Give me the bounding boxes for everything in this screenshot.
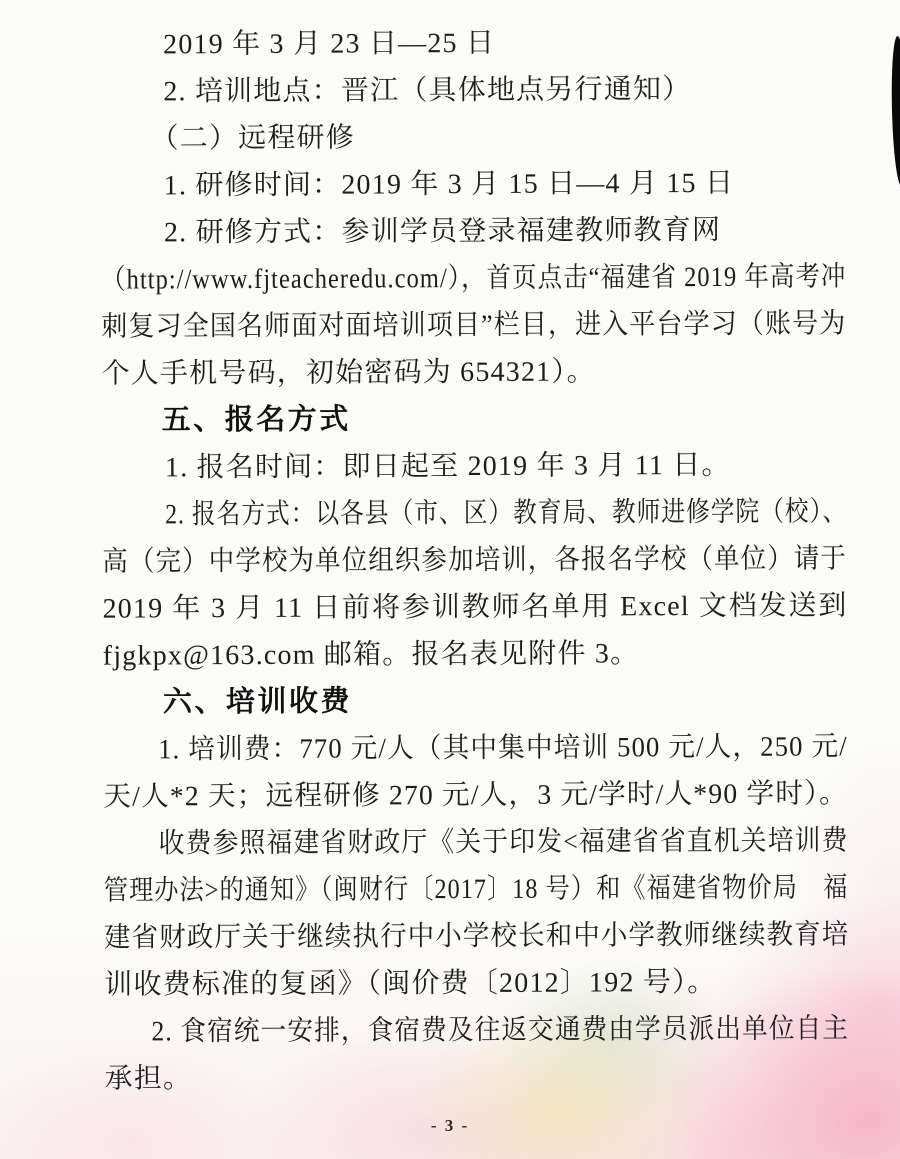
text-line: 1. 研修时间：2019 年 3 月 15 日—4 月 15 日 [164, 159, 846, 209]
section-heading: 六、培训收费 [163, 676, 848, 726]
text-line: fjgkpx@163.com 邮箱。报名表见附件 3。 [103, 629, 848, 679]
text-line: 1. 培训费：770 元/人（其中集中培训 500 元/人，250 元/ [158, 724, 815, 774]
text-line: 2. 食宿统一安排，食宿费及往返交通费由学员派出单位自主 [151, 1006, 791, 1056]
text-line: 2019 年 3 月 11 日前将参训教师名单用 Excel 文档发送到 [102, 582, 847, 632]
page-number: - 3 - [0, 1116, 900, 1136]
text-line: （二）远程研修 [150, 112, 845, 162]
text-line: 刺复习全国名师面对面培训项目”栏目，进入平台学习（账号为 [101, 301, 793, 351]
document-text-block: 2019 年 3 月 23 日—25 日2. 培训地点：晋江（具体地点另行通知）… [100, 18, 850, 1102]
text-line: 个人手机号码，初始密码为 654321）。 [101, 347, 846, 397]
text-line: 建省财政厅关于继续执行中小学校长和中小学教师继续教育培 [104, 912, 809, 962]
section-heading: 五、报名方式 [162, 394, 847, 444]
text-line: 收费参照福建省财政厅《关于印发<福建省省直机关培训费 [158, 818, 796, 868]
text-line: 承担。 [105, 1052, 850, 1102]
text-line: 天/人*2 天；远程研修 270 元/人，3 元/学时/人*90 学时）。 [103, 770, 838, 820]
text-line: 高（完）中学校为单位组织参加培训，各报名学校（单位）请于 [102, 536, 781, 586]
text-line: 管理办法>的通知》（闽财行〔2017〕18 号）和《福建省物价局 福 [104, 865, 748, 915]
text-line: 训收费标准的复函》（闽价费〔2012〕192 号）。 [104, 958, 849, 1008]
text-line: （http://www.fjteacheredu.com/），首页点击“福建省 … [101, 254, 752, 304]
text-line: 2. 研修方式：参训学员登录福建教师教育网 [164, 206, 846, 256]
scan-edge-artifact [890, 36, 900, 186]
document-sheet: 2019 年 3 月 23 日—25 日2. 培训地点：晋江（具体地点另行通知）… [0, 0, 900, 1159]
text-line: 2. 报名方式：以各县（市、区）教育局、教师进修学院（校）、 [165, 489, 742, 539]
text-line: 2. 培训地点：晋江（具体地点另行通知） [163, 65, 845, 115]
text-line: 1. 报名时间：即日起至 2019 年 3 月 11 日。 [165, 441, 847, 491]
text-line: 2019 年 3 月 23 日—25 日 [163, 18, 845, 68]
